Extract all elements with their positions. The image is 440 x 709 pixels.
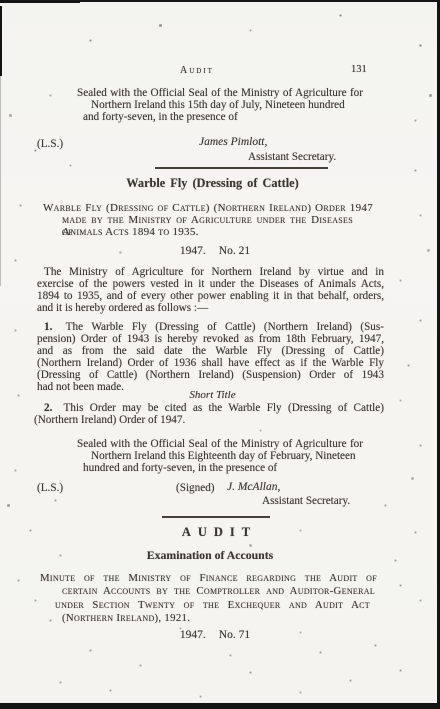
order-year: 1947.	[180, 245, 206, 257]
signature-title: Assistant Secretary.	[262, 495, 350, 507]
february-seal-line: hundred and forty-seven, in the presence…	[83, 462, 277, 474]
audit-section-heading: AUDIT	[0, 526, 432, 538]
february-seal-line: Sealed with the Official Seal of the Min…	[77, 438, 363, 450]
minute-line: under Section Twenty of the Exchequer an…	[55, 599, 370, 613]
ls-seal-mark: (L.S.)	[37, 482, 63, 494]
section-divider-rule	[162, 516, 270, 518]
order-heading: Warble Fly (Dressing of Cattle)	[0, 177, 425, 189]
article-1-line: (Northern Ireland) Order of 1936 shall h…	[37, 357, 384, 369]
recital-line: exercise of the powers vested in it unde…	[37, 278, 384, 290]
order-number: No. 21	[219, 245, 250, 257]
minute-year: 1947.	[180, 629, 206, 641]
section-divider-rule	[155, 167, 328, 169]
signature-title: Assistant Secretary.	[248, 151, 336, 163]
recital-line: 1894 to 1935, and of every other power e…	[37, 290, 384, 302]
minute-line: certain Accounts by the Comptroller and …	[62, 585, 375, 599]
order-year-number: 1947.No. 21	[0, 245, 430, 257]
article-1-line: and as from the said date the Warble Fly…	[37, 345, 384, 357]
page-number: 131	[351, 64, 367, 76]
examination-subheading: Examination of Accounts	[0, 549, 420, 561]
signed-label: (Signed)	[176, 482, 215, 494]
signature-j-mcallan: J. McAllan,	[227, 481, 280, 493]
recital-line: and it is hereby ordered as follows :—	[37, 302, 208, 314]
article-2-text: This Order may be cited as the Warble Fl…	[64, 402, 384, 414]
july-seal-line: Sealed with the Official Seal of the Min…	[77, 87, 363, 99]
running-head-title: Audit	[180, 65, 214, 77]
scan-border-top-left-segment	[0, 0, 80, 3]
scan-border-left-segment	[0, 6, 2, 76]
july-seal-line: and forty-seven, in the presence of	[83, 111, 238, 123]
recital-line: The Ministry of Agriculture for Northern…	[44, 266, 384, 278]
article-1-line: 1. The Warble Fly (Dressing of Cattle) (…	[44, 321, 384, 333]
ls-seal-mark: (L.S.)	[37, 138, 63, 150]
article-1-text: The Warble Fly (Dressing of Cattle) (Nor…	[66, 321, 384, 333]
minute-line: (Northern Ireland), 1921.	[62, 612, 190, 624]
february-seal-line: Northern Ireland this Eighteenth day of …	[91, 450, 356, 462]
scan-noise-blobs	[0, 0, 1, 1]
article-1-line: (Dressing of Cattle) (Northern Ireland) …	[37, 369, 384, 381]
scan-border-bottom	[0, 703, 440, 709]
order-preamble-line: Animals Acts 1894 to 1935.	[62, 226, 199, 238]
short-title-heading: Short Title	[0, 389, 425, 401]
minute-year-number: 1947.No. 71	[0, 629, 430, 641]
order-preamble-line: Warble Fly (Dressing of Cattle) (Norther…	[43, 202, 373, 214]
minute-number: No. 71	[219, 629, 250, 641]
article-1-line: pension) Order of 1943 is hereby revoked…	[37, 333, 384, 345]
july-seal-line: Northern Ireland this 15th day of July, …	[91, 99, 345, 111]
article-2-line: 2. This Order may be cited as the Warble…	[44, 402, 384, 414]
article-1-number: 1.	[44, 321, 52, 333]
signature-james-pimlott: James Pimlott,	[199, 136, 267, 148]
minute-line: Minute of the Ministry of Finance regard…	[40, 572, 377, 586]
article-2-number: 2.	[44, 402, 52, 414]
article-2-line: (Northern Ireland) Order of 1947.	[34, 414, 185, 426]
scanned-document-page: Audit 131 Sealed with the Official Seal …	[0, 0, 440, 709]
